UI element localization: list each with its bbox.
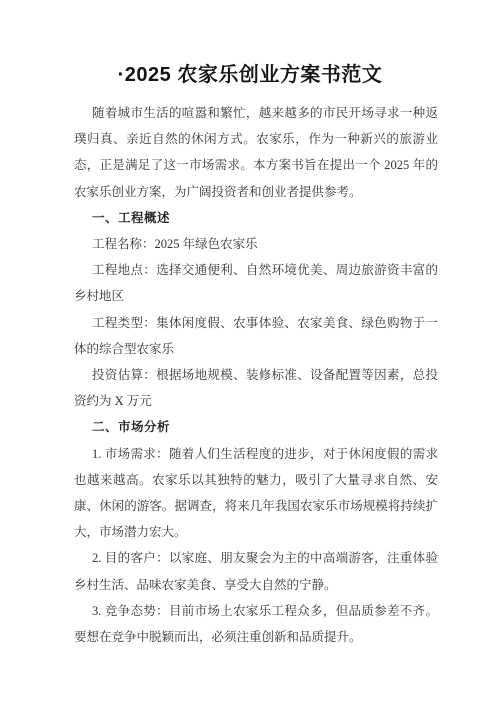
document-title: ·2025 农家乐创业方案书范文 (0, 0, 500, 88)
project-name-paragraph: 工程名称：2025 年绿色农家乐 (74, 231, 438, 257)
market-demand-paragraph: 1. 市场需求：随着人们生活程度的进步，对于休闲度假的需求也越来越高。农家乐以其… (74, 441, 438, 546)
document-page: ·2025 农家乐创业方案书范文 随着城市生活的喧嚣和繁忙，越来越多的市民开场寻… (0, 0, 500, 707)
target-customers-paragraph: 2. 目的客户：以家庭、朋友聚会为主的中高端游客，注重体验乡村生活、品味农家美食… (74, 545, 438, 597)
project-type-paragraph: 工程类型：集体闲度假、农事体验、农家美食、绿色购物于一体的综合型农家乐 (74, 310, 438, 362)
document-body: 随着城市生活的喧嚣和繁忙，越来越多的市民开场寻求一种返璞归真、亲近自然的休闲方式… (74, 100, 438, 650)
intro-paragraph: 随着城市生活的喧嚣和繁忙，越来越多的市民开场寻求一种返璞归真、亲近自然的休闲方式… (74, 100, 438, 205)
section-heading-market-analysis: 二、市场分析 (74, 414, 438, 440)
project-location-paragraph: 工程地点：选择交通便利、自然环境优美、周边旅游资丰富的乡村地区 (74, 257, 438, 309)
competition-paragraph: 3. 竞争态势：目前市场上农家乐工程众多，但品质参差不齐。要想在竞争中脱颖而出，… (74, 598, 438, 650)
investment-estimate-paragraph: 投资估算：根据场地规模、装修标准、设备配置等因素，总投资约为 X 万元 (74, 362, 438, 414)
section-heading-project-overview: 一、工程概述 (74, 205, 438, 231)
